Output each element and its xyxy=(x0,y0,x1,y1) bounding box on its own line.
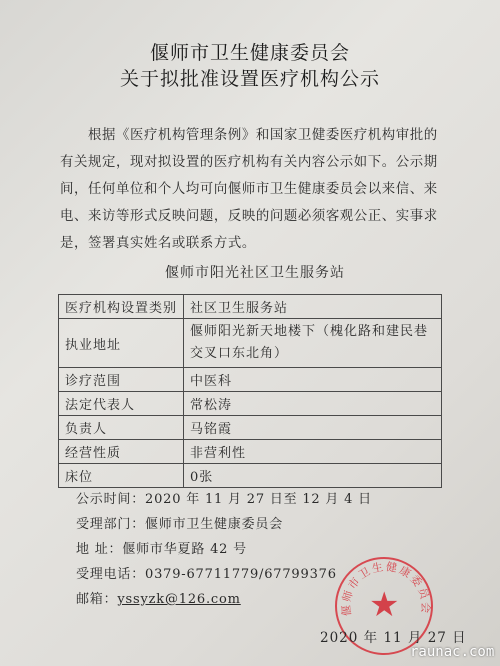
notice-paragraph: 根据《医疗机构管理条例》和国家卫健委医疗机构审批的有关规定，现对拟设置的医疗机构… xyxy=(60,122,448,257)
institution-info-table: 医疗机构设置类别 社区卫生服务站 执业地址 偃师阳光新天地楼下（槐化路和建民巷交… xyxy=(58,294,442,488)
table-key: 负责人 xyxy=(59,416,184,440)
table-value: 0张 xyxy=(184,464,442,488)
table-value: 马铭霞 xyxy=(184,416,442,440)
email-link[interactable]: yssyzk@126.com xyxy=(117,592,240,607)
institution-name: 偃师市阳光社区卫生服务站 xyxy=(0,262,500,282)
issue-date: 2020 年 11 月 27 日 xyxy=(320,626,467,646)
document-title-line1: 偃师市卫生健康委员会 xyxy=(0,38,500,65)
table-value: 偃师阳光新天地楼下（槐化路和建民巷交叉口东北角） xyxy=(184,319,442,368)
table-value: 常松涛 xyxy=(184,392,442,416)
seal-star-icon: ★ xyxy=(369,588,399,622)
table-key: 法定代表人 xyxy=(59,392,184,416)
table-row: 诊疗范围 中医科 xyxy=(59,368,442,392)
publicity-time: 公示时间：2020 年 11 月 27 日至 12 月 4 日 xyxy=(76,488,372,507)
table-row: 负责人 马铭霞 xyxy=(59,416,442,440)
table-row: 法定代表人 常松涛 xyxy=(59,392,442,416)
email-row: 邮箱：yssyzk@126.com xyxy=(76,588,241,607)
table-value: 中医科 xyxy=(184,368,442,392)
document-title-line2: 关于拟批准设置医疗机构公示 xyxy=(0,64,500,91)
table-key: 执业地址 xyxy=(59,319,184,368)
table-row: 经营性质 非营利性 xyxy=(59,440,442,464)
table-key: 床位 xyxy=(59,464,184,488)
table-row: 床位 0张 xyxy=(59,464,442,488)
table-key: 经营性质 xyxy=(59,440,184,464)
address: 地 址：偃师市华夏路 42 号 xyxy=(76,538,247,557)
table-row: 执业地址 偃师阳光新天地楼下（槐化路和建民巷交叉口东北角） xyxy=(59,319,442,368)
email-label: 邮箱： xyxy=(76,592,117,607)
table-key: 诊疗范围 xyxy=(59,368,184,392)
accepting-department: 受理部门：偃师市卫生健康委员会 xyxy=(76,513,283,532)
table-value: 非营利性 xyxy=(184,440,442,464)
watermark: raunac.com xyxy=(410,644,494,660)
phone: 受理电话：0379-67711779/67799376 xyxy=(76,563,337,582)
table-value: 社区卫生服务站 xyxy=(184,295,442,319)
table-row: 医疗机构设置类别 社区卫生服务站 xyxy=(59,295,442,319)
table-key: 医疗机构设置类别 xyxy=(59,295,184,319)
